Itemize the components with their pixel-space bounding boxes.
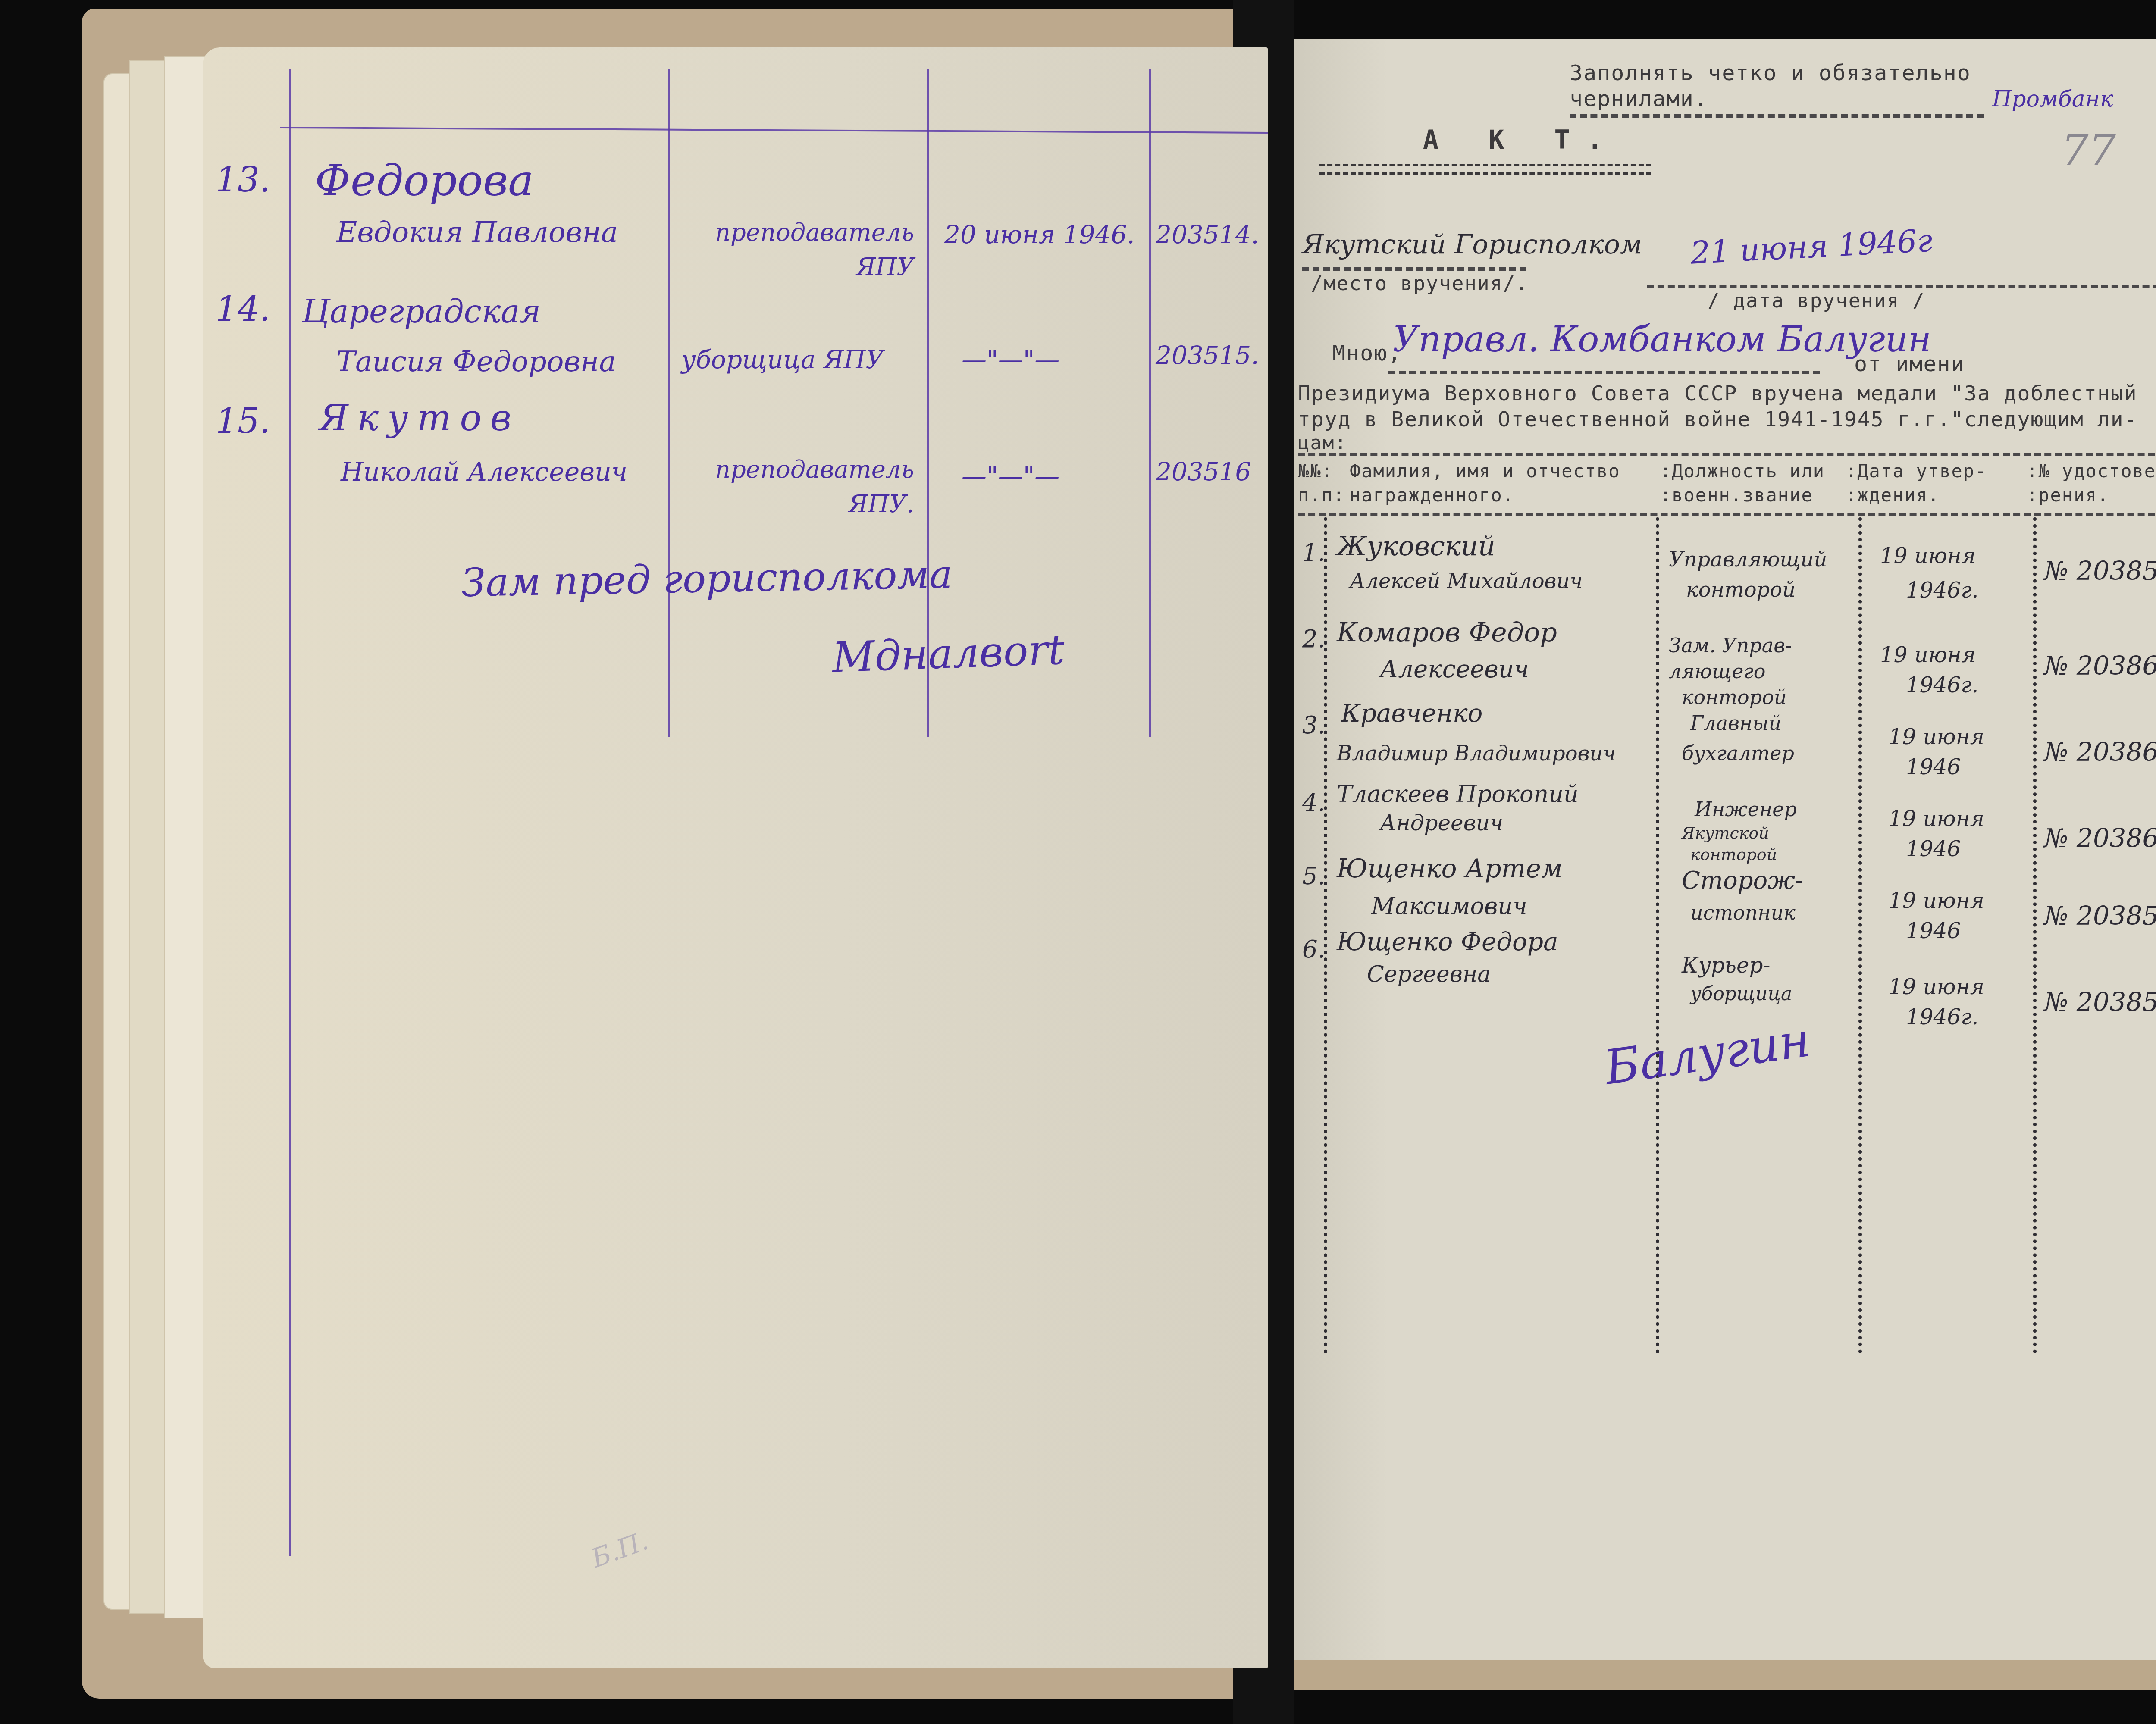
position-line-1: Управляющий [1669, 548, 1827, 572]
table-top-rule [1298, 453, 2156, 456]
date-line-1: 19 июня [1889, 724, 1984, 749]
margin-note: Промбанк [1992, 86, 2113, 112]
col-header-certificate: :№ удостове- :рения. [2027, 459, 2156, 507]
place-label: /место вручения/. [1311, 272, 1529, 295]
table-header-rule [1298, 513, 2156, 516]
signatory-title: Зам пред горисполкома [461, 552, 953, 606]
award-date: —"—"— [962, 345, 1059, 374]
position-line-1: Главный [1690, 711, 1781, 735]
row-number: 3. [1302, 711, 1325, 739]
from-name: от имени [1854, 351, 1965, 376]
instruction-line-2: чернилами. [1570, 86, 1708, 111]
given-names: Таисия Федоровна [336, 345, 616, 378]
col-header-name: Фамилия, имя и отчество награжденного. [1350, 459, 1620, 507]
position-line-3: конторой [1682, 685, 1787, 709]
by-prefix: Мною, [1332, 341, 1402, 366]
folio-number: 77 [2061, 125, 2116, 175]
given-names: Николай Алексеевич [341, 457, 627, 487]
left-page: 13. Федорова Евдокия Павловна преподават… [203, 47, 1268, 1668]
name-line-2: Андреевич [1380, 810, 1503, 835]
col-header-num: №№: п.п: [1298, 459, 1345, 507]
surname: Цареградская [302, 293, 541, 330]
award-date: —"—"— [962, 461, 1059, 491]
name-line-1: Ющенко Федора [1337, 927, 1558, 956]
signature: Мдналвоrt [831, 626, 1065, 682]
presenter-name: Управл. Комбанком Балугин [1393, 319, 1931, 360]
body-line-3: цам: [1298, 432, 1347, 454]
date-value: 21 июня 1946г [1689, 222, 1934, 271]
surname: Якутов [319, 397, 520, 439]
certificate-number: № 203860 [2044, 823, 2156, 854]
position-line-2: истопник [1690, 901, 1796, 924]
col-rule-name [668, 69, 670, 737]
position-line-2: ляющего [1669, 660, 1765, 683]
position-line-1: Инженер [1695, 798, 1797, 821]
certificate-number: № 203859 [2044, 901, 2156, 931]
date-line-2: 1946г. [1906, 1004, 1978, 1029]
position: уборщица ЯПУ [681, 345, 884, 374]
name-line-2: Алексей Михайлович [1350, 569, 1583, 593]
date-line-2: 1946 [1906, 754, 1961, 779]
position: преподаватель ЯПУ [681, 216, 914, 285]
date-label: / дата вручения / [1708, 289, 1925, 312]
date-line-1: 19 июня [1880, 642, 1976, 667]
instruction-underline [1570, 114, 1984, 118]
document-title: А К Т. [1423, 125, 1620, 155]
title-double-rule [1319, 164, 1651, 175]
given-names: Евдокия Павловна [336, 216, 618, 249]
date-line-2: 1946г. [1906, 673, 1978, 698]
name-line-2: Алексеевич [1380, 655, 1529, 683]
instruction-line-1: Заполнять четко и обязательно [1570, 60, 1971, 85]
certificate-number: № 203858 [2044, 987, 2156, 1017]
certificate-number: 203514. [1156, 220, 1259, 249]
certificate-number: 203515. [1156, 341, 1259, 370]
col-rule-num [289, 69, 291, 1556]
body-line-2: труд в Великой Отечественной войне 1941-… [1298, 407, 2137, 432]
certificate-number: № 203861 [2044, 737, 2156, 767]
award-date: 20 июня 1946. [944, 220, 1135, 249]
position-line-2: бухгалтер [1682, 742, 1794, 765]
date-underline [1647, 285, 2156, 288]
col-rule-date [1149, 69, 1151, 737]
col-header-date: :Дата утвер- :ждения. [1846, 459, 1987, 507]
name-line-2: Сергеевна [1367, 961, 1491, 987]
position-line-1: Сторож- [1682, 867, 1803, 895]
name-line-1: Жуковский [1337, 530, 1495, 562]
position-line-2: конторой [1686, 578, 1796, 602]
place-value: Якутский Горисполком [1302, 228, 1642, 260]
row-number: 4. [1302, 789, 1325, 817]
body-line-1: Президиума Верховного Совета СССР вручен… [1298, 382, 2137, 406]
row-number: 6. [1302, 936, 1325, 964]
position-line-1: Курьер- [1682, 953, 1770, 978]
certificate-number: № 203856 [2044, 556, 2156, 586]
presenter-underline [1388, 371, 1820, 374]
position-line-2: уборщица [1690, 983, 1792, 1005]
surname: Федорова [315, 155, 534, 206]
header-rule [280, 127, 1268, 134]
row-number: 1. [1302, 539, 1325, 567]
certificate-number: 203516 [1156, 457, 1251, 486]
date-line-2: 1946 [1906, 918, 1961, 943]
row-number: 14. [216, 289, 270, 329]
col-header-position: :Должность или :военн.звание [1660, 459, 1825, 507]
faint-stamp: Б.П. [587, 1526, 652, 1574]
date-line-1: 19 июня [1880, 543, 1976, 568]
name-line-1: Тласкеев Прокопий [1337, 780, 1579, 807]
date-line-1: 19 июня [1889, 974, 1984, 999]
place-underline [1302, 267, 1526, 271]
date-line-1: 19 июня [1889, 888, 1984, 913]
name-line-1: Комаров Федор [1337, 616, 1557, 648]
position-line-2: Якутской [1682, 823, 1769, 842]
date-line-1: 19 июня [1889, 806, 1984, 831]
name-line-2: Владимир Владимирович [1337, 742, 1616, 766]
name-line-1: Ющенко Артем [1337, 854, 1563, 884]
award-table-body: 1. Жуковский Алексей Михайлович Управляю… [1294, 522, 2156, 1039]
name-line-2: Максимович [1371, 892, 1527, 920]
row-number: 15. [216, 401, 270, 441]
row-number: 13. [216, 160, 270, 200]
position: преподаватель ЯПУ. [681, 453, 914, 522]
date-line-2: 1946 [1906, 836, 1961, 861]
position-line-1: Зам. Управ- [1669, 634, 1792, 657]
row-number: 2. [1302, 625, 1325, 653]
position-line-3: конторой [1690, 845, 1777, 864]
date-line-2: 1946г. [1906, 578, 1978, 603]
right-page: Заполнять четко и обязательно чернилами.… [1294, 39, 2156, 1660]
name-line-1: Кравченко [1341, 698, 1483, 728]
certificate-number: № 203862 [2044, 651, 2156, 681]
row-number: 5. [1302, 862, 1325, 890]
